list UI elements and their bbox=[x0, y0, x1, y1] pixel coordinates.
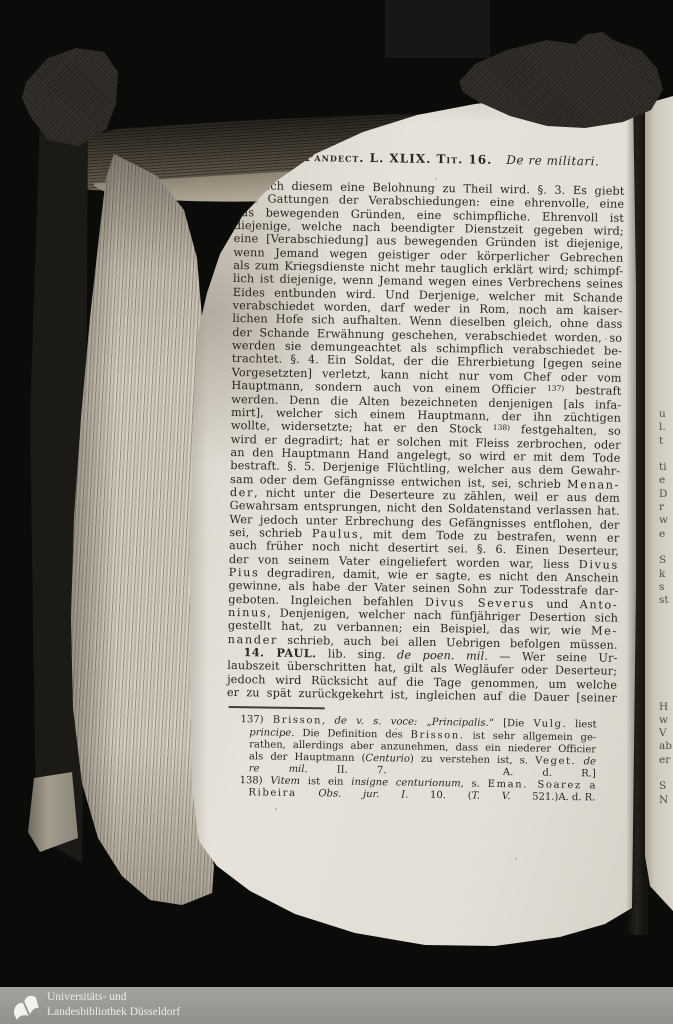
edge-character bbox=[659, 674, 673, 687]
edge-character: er bbox=[659, 754, 673, 767]
page-gutter-shadow bbox=[626, 90, 648, 935]
footnotes: 137) Brisson, de v. s. voce: „Principali… bbox=[225, 714, 616, 804]
page-text-block: 1126 Pandect. L. XLIX. Tit. 16. De re mi… bbox=[225, 148, 625, 805]
text-segment: ninus bbox=[228, 606, 267, 620]
text-segment: 138) bbox=[493, 423, 510, 432]
text-segment: 137) bbox=[240, 715, 272, 726]
text-segment: 138) bbox=[240, 775, 271, 786]
book-photo: 1126 Pandect. L. XLIX. Tit. 16. De re mi… bbox=[0, 0, 673, 1024]
text-segment: Die Definition des bbox=[294, 727, 410, 740]
cover-above-patch bbox=[385, 0, 490, 58]
edge-character: ab bbox=[659, 740, 673, 753]
library-watermark-bar: Universitäts- und Landesbibliothek Düsse… bbox=[0, 987, 673, 1024]
edge-character: s bbox=[659, 581, 673, 594]
edge-character bbox=[659, 687, 673, 700]
edge-character: V bbox=[659, 727, 673, 740]
body-text: da auch diesem eine Belohnung zu Theil w… bbox=[227, 179, 625, 705]
library-name: Universitäts- und Landesbibliothek Düsse… bbox=[47, 990, 180, 1019]
edge-character: N bbox=[659, 794, 673, 807]
edge-character bbox=[659, 607, 673, 620]
text-segment: A. d. R. bbox=[558, 792, 595, 805]
edge-character bbox=[659, 448, 673, 461]
text-segment: re mil. bbox=[249, 763, 308, 775]
text-segment: T. V. bbox=[472, 791, 511, 803]
paper-specks bbox=[185, 88, 187, 90]
text-segment: lib. sing. bbox=[316, 647, 397, 661]
edge-character bbox=[659, 621, 673, 634]
text-segment: 10. ( bbox=[408, 790, 471, 802]
text-segment: ist ein bbox=[300, 776, 351, 788]
text-segment: der bbox=[230, 486, 254, 499]
edge-character: w bbox=[659, 714, 673, 727]
text-segment: Ribeira bbox=[248, 787, 296, 799]
text-segment: de poen. mil. bbox=[397, 648, 488, 662]
text-segment: Anto- bbox=[580, 598, 619, 612]
text-segment: Vitem bbox=[270, 775, 300, 786]
text-segment: 137) bbox=[547, 383, 564, 392]
text-segment: Principalis. bbox=[432, 717, 489, 729]
edge-character bbox=[659, 647, 673, 660]
edge-character: H bbox=[659, 701, 673, 714]
text-segment: „ bbox=[417, 717, 432, 728]
edge-character: D bbox=[659, 488, 673, 501]
facing-page-sliver: ul.ttieDrweSksstHwVaberSN bbox=[645, 96, 673, 911]
text-segment: Obs. jur. I. bbox=[318, 788, 408, 800]
edge-character: t bbox=[659, 435, 673, 448]
text-segment: Pius bbox=[229, 566, 260, 579]
text-segment: Me- bbox=[591, 625, 618, 638]
inner-pages-glimpse bbox=[28, 772, 78, 852]
text-segment: Eman. Soarez bbox=[488, 779, 582, 791]
text-segment: Divus Severus bbox=[425, 596, 535, 611]
edge-character: e bbox=[659, 528, 673, 541]
edge-character: k bbox=[659, 568, 673, 581]
edge-character: S bbox=[659, 780, 673, 793]
edge-character bbox=[659, 541, 673, 554]
edge-character: u bbox=[659, 408, 673, 421]
text-segment: Vulg bbox=[533, 719, 562, 730]
edge-character: S bbox=[659, 554, 673, 567]
text-segment: principe. bbox=[249, 727, 294, 739]
library-name-line2: Landesbibliothek Düsseldorf bbox=[47, 1005, 180, 1020]
text-segment: Brisson. bbox=[411, 729, 465, 741]
text-segment: de bbox=[584, 756, 596, 767]
edge-character: ti bbox=[659, 461, 673, 474]
text-segment: bestraft bbox=[564, 384, 621, 398]
text-segment: ist sehr allgemein ge- bbox=[465, 730, 597, 743]
library-name-line1: Universitäts- und bbox=[47, 990, 180, 1005]
edge-character: w bbox=[659, 514, 673, 527]
text-segment: Centurio bbox=[365, 753, 410, 765]
text-segment: a bbox=[582, 780, 596, 791]
book-page: 1126 Pandect. L. XLIX. Tit. 16. De re mi… bbox=[185, 88, 640, 950]
text-segment: Brisson bbox=[273, 715, 322, 727]
text-segment: Divus bbox=[579, 558, 619, 572]
text-segment: und bbox=[535, 597, 580, 611]
edge-character: r bbox=[659, 501, 673, 514]
edge-character: st bbox=[659, 594, 673, 607]
text-segment: Veget. bbox=[535, 755, 577, 767]
text-segment: als der Hauptmann ( bbox=[249, 751, 366, 764]
text-segment: Paulus bbox=[312, 527, 360, 541]
edge-character: e bbox=[659, 474, 673, 487]
facing-page-edge-text: ul.ttieDrweSksstHwVaberSN bbox=[659, 408, 673, 807]
edge-character bbox=[659, 661, 673, 674]
footnote-rule bbox=[229, 706, 325, 709]
open-book-icon bbox=[8, 990, 42, 1022]
text-segment: nander bbox=[228, 633, 278, 647]
text-segment: Menan- bbox=[567, 478, 620, 492]
text-segment: , bbox=[322, 716, 335, 727]
text-segment: 14. PAUL. bbox=[243, 645, 316, 660]
text-segment: 521.) bbox=[510, 791, 558, 803]
edge-character bbox=[659, 634, 673, 647]
text-segment: festgehalten, so bbox=[510, 423, 621, 438]
treatise-title: De re militari. bbox=[506, 153, 599, 168]
text-segment: ) zu verstehen ist, s. bbox=[410, 753, 535, 766]
text-segment: de v. s. voce: bbox=[334, 716, 417, 728]
edge-character: l. bbox=[659, 421, 673, 434]
text-segment bbox=[297, 788, 319, 799]
text-segment: . liest bbox=[562, 719, 596, 731]
text-segment: , s. bbox=[461, 778, 488, 789]
text-segment: “ [Die bbox=[489, 718, 534, 730]
running-title: Pandect. L. XLIX. Tit. 16. bbox=[304, 150, 492, 167]
text-segment: insigne centurionum bbox=[351, 777, 460, 790]
edge-character bbox=[659, 767, 673, 780]
text-segment: sei, schrieb bbox=[229, 526, 312, 540]
